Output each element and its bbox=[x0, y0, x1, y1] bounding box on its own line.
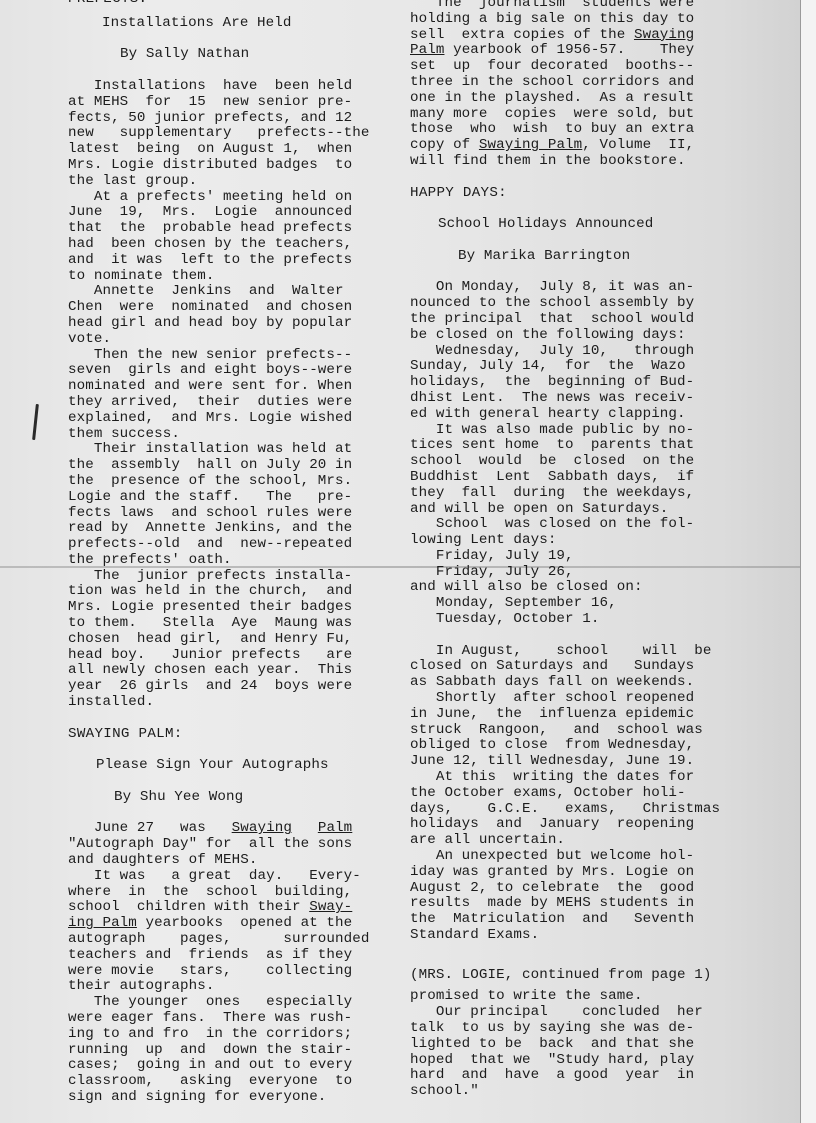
text-line: results made by MEHS students in bbox=[410, 896, 750, 912]
text-line: Palm yearbook of 1956-57. They bbox=[410, 43, 750, 59]
text-line: school would be closed on the bbox=[410, 454, 750, 470]
text-line: running up and down the stair- bbox=[68, 1043, 393, 1059]
text-line: Mrs. Logie distributed badges to bbox=[68, 158, 393, 174]
text-line: At this writing the dates for bbox=[410, 770, 750, 786]
underlined-title: ing Palm bbox=[68, 915, 137, 931]
text-line: tices sent home to parents that bbox=[410, 438, 750, 454]
text-line: Their installation was held at bbox=[68, 442, 393, 458]
text-line: nominated and were sent for. When bbox=[68, 379, 393, 395]
text-line: copy of Swaying Palm, Volume II, bbox=[410, 138, 750, 154]
text-line: In August, school will be bbox=[410, 644, 750, 660]
text-line: August 2, to celebrate the good bbox=[410, 881, 750, 897]
text-line: hoped that we "Study hard, play bbox=[410, 1053, 750, 1069]
text-line: lowing Lent days: bbox=[410, 533, 750, 549]
text-line: sell extra copies of the Swaying bbox=[410, 28, 750, 44]
text-line: Mrs. Logie presented their badges bbox=[68, 600, 393, 616]
journalism-sale-body: The journalism students wereholding a bi… bbox=[410, 0, 750, 170]
text-line: Sunday, July 14, for the Wazo bbox=[410, 359, 750, 375]
text-segment: school children with their bbox=[68, 899, 309, 915]
text-line: teachers and friends as if they bbox=[68, 948, 393, 964]
byline-shu-yee-wong: By Shu Yee Wong bbox=[68, 790, 393, 806]
text-line: The younger ones especially bbox=[68, 995, 393, 1011]
text-line: they fall during the weekdays, bbox=[410, 486, 750, 502]
text-line: "Autograph Day" for all the sons bbox=[68, 837, 393, 853]
text-line: many more copies were sold, but bbox=[410, 107, 750, 123]
text-line: iday was granted by Mrs. Logie on bbox=[410, 865, 750, 881]
text-line: talk to us by saying she was de- bbox=[410, 1021, 750, 1037]
text-line: June 19, Mrs. Logie announced bbox=[68, 205, 393, 221]
underlined-title: Palm bbox=[410, 42, 444, 58]
text-line: cases; going in and out to every bbox=[68, 1058, 393, 1074]
text-line: to nominate them. bbox=[68, 269, 393, 285]
underlined-title: Swaying bbox=[634, 27, 694, 43]
text-line: hard and have a good year in bbox=[410, 1068, 750, 1084]
text-line: lighted to be back and that she bbox=[410, 1037, 750, 1053]
text-line: explained, and Mrs. Logie wished bbox=[68, 411, 393, 427]
text-line: Then the new senior prefects-- bbox=[68, 348, 393, 364]
text-line: new supplementary prefects--the bbox=[68, 126, 393, 142]
text-line: At a prefects' meeting held on bbox=[68, 190, 393, 206]
text-line: head boy. Junior prefects are bbox=[68, 648, 393, 664]
text-line: head girl and head boy by popular bbox=[68, 316, 393, 332]
text-line: school children with their Sway- bbox=[68, 900, 393, 916]
underlined-title: Swaying Palm bbox=[479, 137, 582, 153]
text-line: to them. Stella Aye Maung was bbox=[68, 616, 393, 632]
text-line: as Sabbath days fall on weekends. bbox=[410, 675, 750, 691]
text-line: nounced to the school assembly by bbox=[410, 296, 750, 312]
text-line: were eager fans. There was rush- bbox=[68, 1011, 393, 1027]
text-line: and daughters of MEHS. bbox=[68, 853, 393, 869]
text-line: their autographs. bbox=[68, 979, 393, 995]
text-segment bbox=[292, 820, 318, 836]
autographs-article-body: June 27 was Swaying Palm"Autograph Day" … bbox=[68, 821, 393, 1105]
text-line: tion was held in the church, and bbox=[68, 584, 393, 600]
text-line: ed with general hearty clapping. bbox=[410, 407, 750, 423]
text-line: they arrived, their duties were bbox=[68, 395, 393, 411]
text-line: days, G.C.E. exams, Christmas bbox=[410, 802, 750, 818]
text-line: school." bbox=[410, 1084, 750, 1100]
text-segment: yearbooks opened at the bbox=[137, 915, 352, 931]
section-label-swaying-palm: SWAYING PALM: bbox=[68, 727, 393, 743]
text-line: ing Palm yearbooks opened at the bbox=[68, 916, 393, 932]
text-line: will find them in the bookstore. bbox=[410, 154, 750, 170]
text-line: Our principal concluded her bbox=[410, 1005, 750, 1021]
text-line: ing to and fro in the corridors; bbox=[68, 1027, 393, 1043]
text-line: struck Rangoon, and school was bbox=[410, 723, 750, 739]
text-line: sign and signing for everyone. bbox=[68, 1090, 393, 1106]
text-line: Tuesday, October 1. bbox=[410, 612, 750, 628]
text-line: promised to write the same. bbox=[410, 989, 750, 1005]
headline-school-holidays: School Holidays Announced bbox=[410, 217, 750, 233]
text-line: Monday, September 16, bbox=[410, 596, 750, 612]
prefects-article-body: Installations have been heldat MEHS for … bbox=[68, 79, 393, 711]
text-segment: June 27 was bbox=[68, 820, 232, 836]
text-line: the October exams, October holi- bbox=[410, 786, 750, 802]
text-line: Standard Exams. bbox=[410, 928, 750, 944]
text-segment: sell extra copies of the bbox=[410, 27, 634, 43]
text-line: June 27 was Swaying Palm bbox=[68, 821, 393, 837]
text-line: them success. bbox=[68, 427, 393, 443]
text-line: all newly chosen each year. This bbox=[68, 663, 393, 679]
text-line: the assembly hall on July 20 in bbox=[68, 458, 393, 474]
section-label-happy-days: HAPPY DAYS: bbox=[410, 186, 750, 202]
underlined-title: Swaying bbox=[232, 820, 292, 836]
headline-autographs: Please Sign Your Autographs bbox=[68, 758, 393, 774]
text-line: three in the school corridors and bbox=[410, 75, 750, 91]
text-line: the presence of the school, Mrs. bbox=[68, 474, 393, 490]
text-line: On Monday, July 8, it was an- bbox=[410, 280, 750, 296]
underlined-title: Sway- bbox=[309, 899, 352, 915]
text-line: closed on Saturdays and Sundays bbox=[410, 659, 750, 675]
text-segment: , Volume II, bbox=[582, 137, 694, 153]
text-segment: copy of bbox=[410, 137, 479, 153]
text-line: one in the playshed. As a result bbox=[410, 91, 750, 107]
text-line: Chen were nominated and chosen bbox=[68, 300, 393, 316]
right-column: The journalism students wereholding a bi… bbox=[410, 0, 750, 1100]
text-line: June 12, till Wednesday, June 19. bbox=[410, 754, 750, 770]
text-line: seven girls and eight boys--were bbox=[68, 363, 393, 379]
text-line: Annette Jenkins and Walter bbox=[68, 284, 393, 300]
text-line: Logie and the staff. The pre- bbox=[68, 490, 393, 506]
text-line: Installations have been held bbox=[68, 79, 393, 95]
page-edge bbox=[800, 0, 816, 1123]
text-line: set up four decorated booths-- bbox=[410, 59, 750, 75]
byline-sally-nathan: By Sally Nathan bbox=[68, 47, 393, 63]
mrs-logie-continued-body: promised to write the same. Our principa… bbox=[410, 989, 750, 1100]
text-line: and it was left to the prefects bbox=[68, 253, 393, 269]
text-line: holding a big sale on this day to bbox=[410, 12, 750, 28]
text-line: dhist Lent. The news was receiv- bbox=[410, 391, 750, 407]
underlined-title: Palm bbox=[318, 820, 352, 836]
text-line: classroom, asking everyone to bbox=[68, 1074, 393, 1090]
text-line: were movie stars, collecting bbox=[68, 964, 393, 980]
text-line: that the probable head prefects bbox=[68, 221, 393, 237]
text-line: Friday, July 19, bbox=[410, 549, 750, 565]
text-line: It was also made public by no- bbox=[410, 423, 750, 439]
text-line: and will also be closed on: bbox=[410, 580, 750, 596]
text-line: are all uncertain. bbox=[410, 833, 750, 849]
text-line: read by Annette Jenkins, and the bbox=[68, 521, 393, 537]
text-line: those who wish to buy an extra bbox=[410, 122, 750, 138]
text-line: prefects--old and new--repeated bbox=[68, 537, 393, 553]
text-line: Buddhist Lent Sabbath days, if bbox=[410, 470, 750, 486]
text-line: The junior prefects installa- bbox=[68, 569, 393, 585]
text-line: at MEHS for 15 new senior pre- bbox=[68, 95, 393, 111]
text-line: the prefects' oath. bbox=[68, 553, 393, 569]
text-line: autograph pages, surrounded bbox=[68, 932, 393, 948]
text-line: vote. bbox=[68, 332, 393, 348]
text-line: where in the school building, bbox=[68, 885, 393, 901]
text-line: obliged to close from Wednesday, bbox=[410, 738, 750, 754]
holidays-article-body: On Monday, July 8, it was an-nounced to … bbox=[410, 280, 750, 628]
text-line: fects laws and school rules were bbox=[68, 506, 393, 522]
text-line: be closed on the following days: bbox=[410, 328, 750, 344]
text-line: holidays and January reopening bbox=[410, 817, 750, 833]
left-column: PREFECTS: Installations Are Held By Sall… bbox=[68, 0, 393, 1106]
headline-installations: Installations Are Held bbox=[68, 16, 393, 32]
text-line: School was closed on the fol- bbox=[410, 517, 750, 533]
text-line: the last group. bbox=[68, 174, 393, 190]
text-line: It was a great day. Every- bbox=[68, 869, 393, 885]
text-line: Shortly after school reopened bbox=[410, 691, 750, 707]
text-line: in June, the influenza epidemic bbox=[410, 707, 750, 723]
text-line: the principal that school would bbox=[410, 312, 750, 328]
text-line: chosen head girl, and Henry Fu, bbox=[68, 632, 393, 648]
text-line: Friday, July 26, bbox=[410, 565, 750, 581]
text-line: installed. bbox=[68, 695, 393, 711]
text-line: latest being on August 1, when bbox=[68, 142, 393, 158]
text-line: holidays, the beginning of Bud- bbox=[410, 375, 750, 391]
text-line: Wednesday, July 10, through bbox=[410, 344, 750, 360]
text-line: had been chosen by the teachers, bbox=[68, 237, 393, 253]
text-line: fects, 50 junior prefects, and 12 bbox=[68, 111, 393, 127]
text-line: the Matriculation and Seventh bbox=[410, 912, 750, 928]
text-segment: yearbook of 1956-57. They bbox=[444, 42, 694, 58]
holidays-article-body-continued: In August, school will beclosed on Satur… bbox=[410, 644, 750, 944]
text-line: year 26 girls and 24 boys were bbox=[68, 679, 393, 695]
text-line: and will be open on Saturdays. bbox=[410, 502, 750, 518]
section-label-prefects: PREFECTS: bbox=[68, 0, 393, 8]
byline-marika-barrington: By Marika Barrington bbox=[410, 249, 750, 265]
text-line: An unexpected but welcome hol- bbox=[410, 849, 750, 865]
continued-from-label: (MRS. LOGIE, continued from page 1) bbox=[410, 968, 750, 984]
